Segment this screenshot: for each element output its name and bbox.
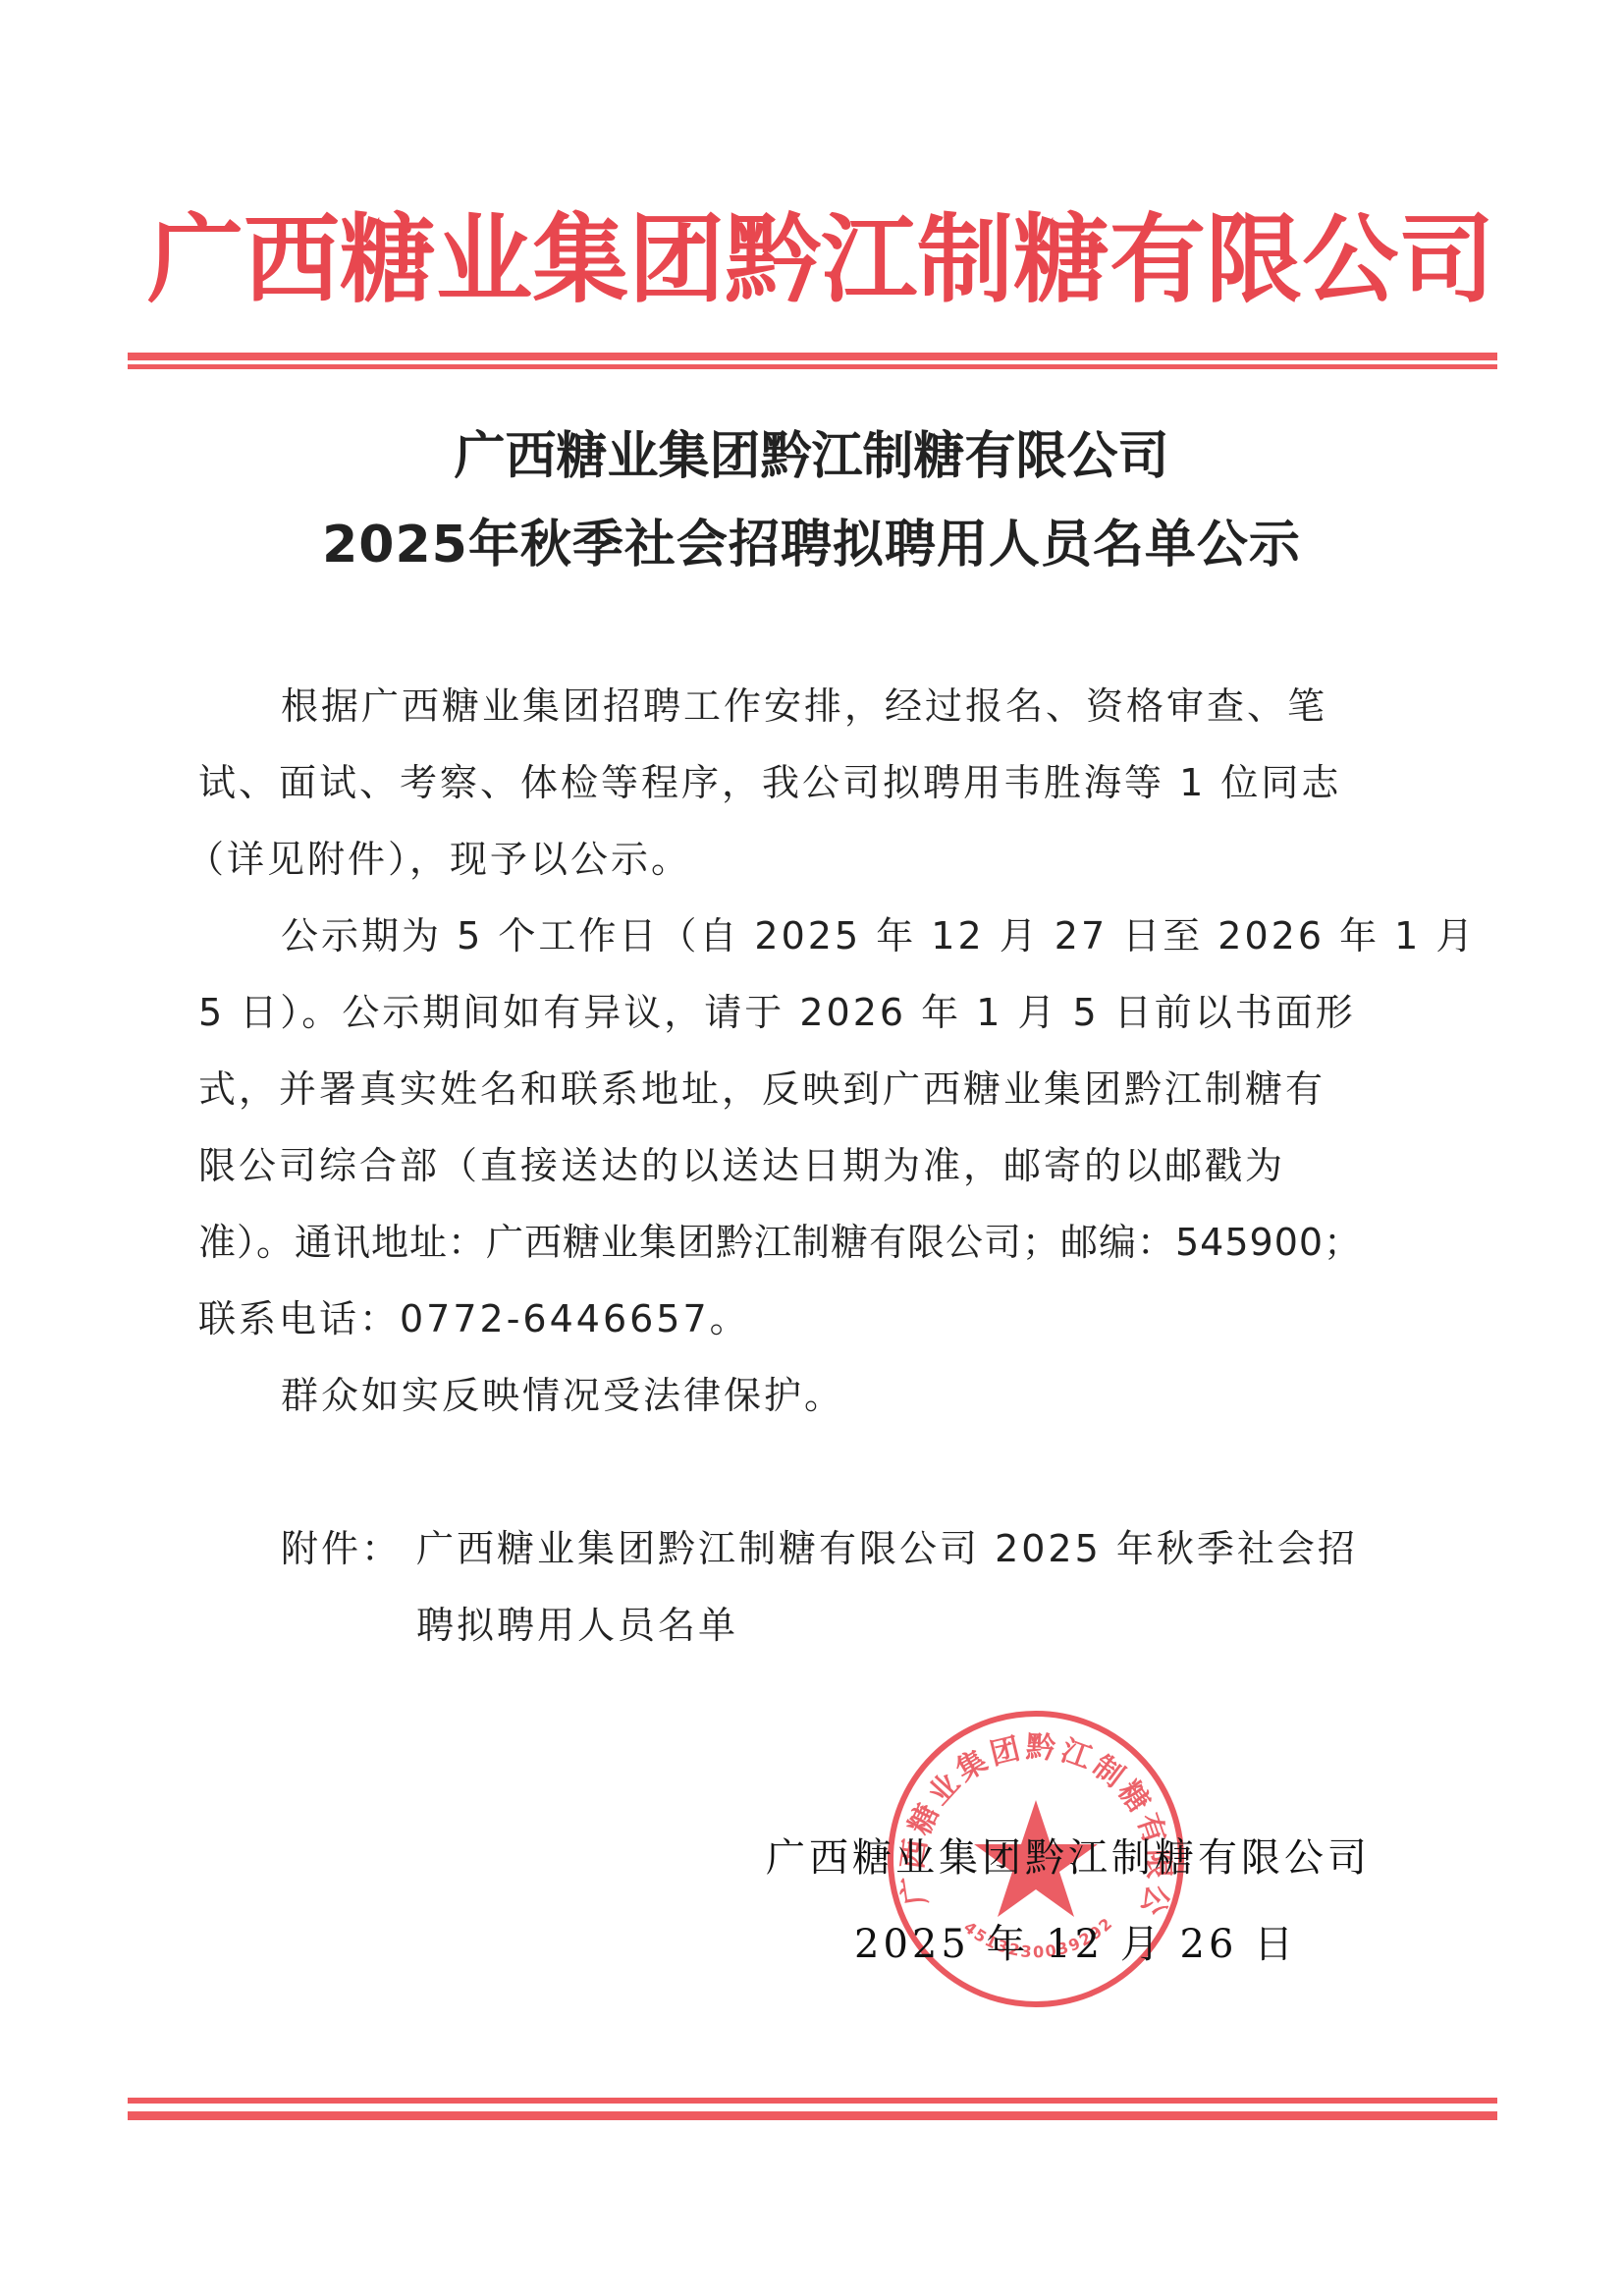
attachment-line-1: 广西糖业集团黔江制糖有限公司 2025 年秋季社会招 bbox=[416, 1518, 1358, 1572]
letterhead-char: 糖 bbox=[1013, 183, 1109, 321]
letterhead-char: 团 bbox=[628, 183, 725, 321]
signature-date: 2025 年 12 月 26 日 bbox=[854, 1913, 1297, 1969]
body-line: 公示期为 5 个工作日（自 2025 年 12 月 27 日至 2026 年 1… bbox=[281, 905, 1476, 959]
letterhead-char: 司 bbox=[1398, 183, 1494, 321]
footer-rule-thin bbox=[128, 2098, 1497, 2104]
letterhead-char: 限 bbox=[1206, 183, 1302, 321]
footer-rule-thick bbox=[128, 2111, 1497, 2120]
body-line: 式，并署真实姓名和联系地址，反映到广西糖业集团黔江制糖有 bbox=[198, 1059, 1325, 1113]
letterhead-char: 集 bbox=[532, 183, 628, 321]
body-line: 群众如实反映情况受法律保护。 bbox=[281, 1365, 844, 1419]
letterhead-char: 制 bbox=[917, 183, 1013, 321]
body-line: 根据广西糖业集团招聘工作安排，经过报名、资格审查、笔 bbox=[281, 676, 1327, 730]
letterhead-char: 业 bbox=[436, 183, 532, 321]
letterhead-rule-thin bbox=[128, 364, 1497, 369]
letterhead-char: 黔 bbox=[725, 183, 821, 321]
body-line: 限公司综合部（直接送达的以送达日期为准，邮寄的以邮戳为 bbox=[198, 1135, 1285, 1189]
document-title-line-2: 2025年秋季社会招聘拟聘用人员名单公示 bbox=[0, 503, 1623, 576]
letterhead-char: 西 bbox=[243, 183, 340, 321]
letterhead-char: 糖 bbox=[340, 183, 436, 321]
letterhead-char: 广 bbox=[147, 183, 243, 321]
body-line: （详见附件），现予以公示。 bbox=[187, 829, 691, 883]
letterhead-rule-thick bbox=[128, 353, 1497, 360]
letterhead-char: 江 bbox=[821, 183, 917, 321]
letterhead-char: 公 bbox=[1302, 183, 1398, 321]
signature-company: 广西糖业集团黔江制糖有限公司 bbox=[766, 1827, 1371, 1883]
letterhead-company-name: 广西糖业集团黔江制糖有限公司 bbox=[147, 192, 1492, 310]
document-title-line-1: 广西糖业集团黔江制糖有限公司 bbox=[0, 414, 1623, 488]
body-line: 5 日）。公示期间如有异议，请于 2026 年 1 月 5 日前以书面形 bbox=[198, 982, 1356, 1036]
letterhead-char: 有 bbox=[1109, 183, 1206, 321]
body-line: 联系电话：0772-6446657。 bbox=[198, 1288, 750, 1342]
attachment-line-2: 聘拟聘用人员名单 bbox=[416, 1595, 738, 1649]
body-line: 试、面试、考察、体检等程序，我公司拟聘用韦胜海等 1 位同志 bbox=[198, 752, 1341, 806]
body-line: 准）。通讯地址：广西糖业集团黔江制糖有限公司；邮编：545900； bbox=[198, 1212, 1362, 1266]
attachment-label: 附件： bbox=[281, 1518, 402, 1572]
